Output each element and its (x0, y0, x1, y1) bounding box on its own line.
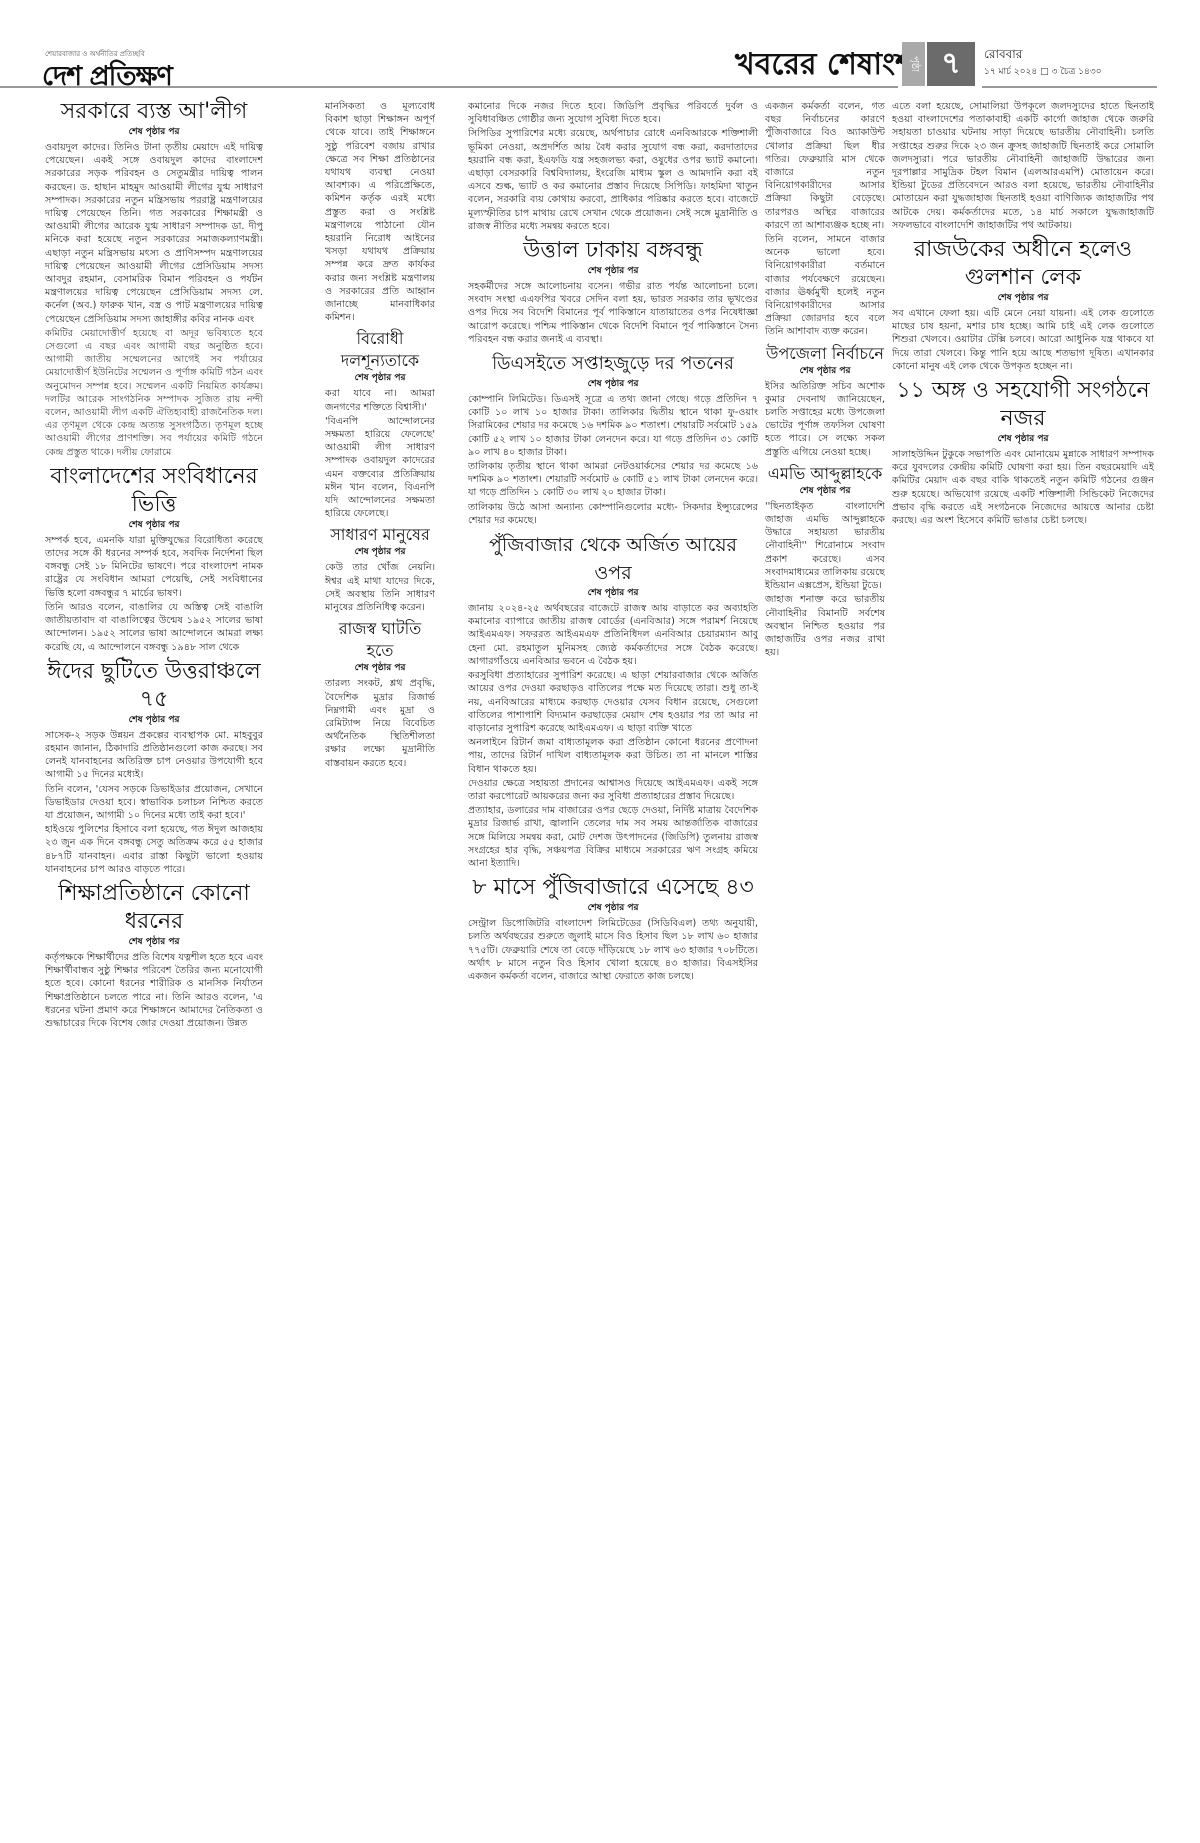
article-text: কমিটির মেয়াদোত্তীর্ণ হয়েছে বা অদূর ভবি… (45, 327, 263, 459)
headline[interactable]: এমভি আব্দুল্লাহকে (765, 463, 885, 485)
article-text: সিপিডির সুপারিশের মধ্যে রয়েছে, অর্থপাচা… (468, 127, 758, 233)
continued-label: শেষ পৃষ্ঠার পর (892, 292, 1154, 304)
article-text: করা যাবে না। আমরা জনগণের শক্তিতে বিশ্বাস… (325, 387, 435, 413)
headline[interactable]: শিক্ষাপ্রতিষ্ঠানে কোনো ধরনের (45, 880, 263, 936)
headline[interactable]: উত্তাল ঢাকায় বঙ্গবন্ধু (468, 237, 758, 265)
headline[interactable]: বাংলাদেশের সংবিধানের ভিত্তি (45, 463, 263, 519)
continued-label: শেষ পৃষ্ঠার পর (468, 265, 758, 277)
continued-label: শেষ পৃষ্ঠার পর (765, 485, 885, 497)
article-text: তিনি বলেন, 'যেসব সড়কে ডিভাইডার প্রয়োজন… (45, 783, 263, 823)
article-text: সব এখানে ফেলা হয়। এটি মেনে নেয়া যায়না… (892, 307, 1154, 373)
continued-label: শেষ পৃষ্ঠার পর (45, 936, 263, 948)
article-text: ওবায়দুল কাদের। তিনিও টানা তৃতীয় মেয়াদ… (45, 141, 263, 326)
article-text: সেন্ট্রাল ডিপোজিটরি বাংলাদেশ লিমিটেডের (… (468, 917, 758, 983)
article-text: জাহাজ শনাক্ত করে ভারতীয় নৌবাহিনীর বিমান… (765, 593, 885, 659)
article-text: ইসির অতিরিক্ত সচিব অশোক কুমার দেবনাথ জান… (765, 380, 885, 459)
article-text: সাসেক-২ সড়ক উন্নয়ন প্রকল্পের ব্যবস্থাপ… (45, 729, 263, 782)
article-text: কেউ তার খোঁজ নেয়নি। ঈশ্বর এই মাথা যাদের… (325, 561, 435, 614)
issue-date: ১৭ মার্চ ২০২৪ □ ৩ চৈত্র ১৪৩০ (984, 64, 1102, 79)
headline[interactable]: সাধারণ মানুষের (325, 524, 435, 546)
article-text: কর্তৃপক্ষকে শিক্ষার্থীদের প্রতি বিশেষ যত… (45, 951, 263, 1030)
article-text: মানসিকতা ও মূল্যবোধ বিকাশ ছাড়া শিক্ষাঙ্… (325, 100, 435, 324)
headline[interactable]: ১১ অঙ্গ ও সহযোগী সংগঠনে নজর (892, 377, 1154, 433)
article-text: তিনি বলেন, সামনে বাজার অনেক ভালো হবে। বি… (765, 233, 885, 339)
article: সরকারে ব্যস্ত আ'লীগ শেষ পৃষ্ঠার পর ওবায়… (45, 98, 263, 459)
issue-day: রোববার (984, 46, 1022, 66)
headline[interactable]: পুঁজিবাজার থেকে অর্জিত আয়ের ওপর (468, 531, 758, 587)
article-text: জানায় ২০২৪-২৫ অর্থবছরের বাজেটে রাজস্ব আ… (468, 602, 758, 668)
article: শিক্ষাপ্রতিষ্ঠানে কোনো ধরনের শেষ পৃষ্ঠার… (45, 880, 263, 1030)
header-rule (0, 86, 898, 88)
article-text: করসুবিধা প্রত্যাহারের সুপারিশ করেছে। এ ছ… (468, 669, 758, 735)
continued-label: শেষ পৃষ্ঠার পর (45, 714, 263, 726)
article-text: একজন কর্মকর্তা বলেন, গত বছর নির্বাচনের ক… (765, 100, 885, 232)
article-text: তালিকায় তৃতীয় স্থানে থাকা আমরা নেটওয়া… (468, 460, 758, 500)
article-text: সম্পর্ক হবে, এমনকি যারা মুক্তিযুদ্ধের বি… (45, 534, 263, 600)
column-2: মানসিকতা ও মূল্যবোধ বিকাশ ছাড়া শিক্ষাঙ্… (325, 100, 435, 1840)
column-5: এতে বলা হয়েছে, সোমালিয়া উপকূলে জলদস্যু… (892, 100, 1154, 1840)
continued-label: শেষ পৃষ্ঠার পর (325, 546, 435, 558)
article-text: কমানোর দিকে নজর দিতে হবে। জিডিপি প্রবৃদ্… (468, 100, 758, 126)
continued-label: শেষ পৃষ্ঠার পর (765, 365, 885, 377)
headline[interactable]: ৮ মাসে পুঁজিবাজারে এসেছে ৪৩ (468, 874, 758, 902)
masthead: শেয়ারবাজার ও অর্থনীতির প্রতিচ্ছবি দেশ প… (0, 0, 1200, 90)
article: বাংলাদেশের সংবিধানের ভিত্তি শেষ পৃষ্ঠার … (45, 463, 263, 654)
continued-label: শেষ পৃষ্ঠার পর (468, 587, 758, 599)
headline[interactable]: রাজস্ব ঘাটতি হতে (325, 618, 435, 662)
article-text: তিনি আরও বলেন, বাঙালির যে অস্তিত্ব সেই ব… (45, 601, 263, 654)
page-number: ৭ (927, 42, 975, 86)
headline[interactable]: সরকারে ব্যস্ত আ'লীগ (45, 98, 263, 126)
article-text: দেওয়ার ক্ষেত্রে সহায়তা প্রদানের আশ্বাস… (468, 777, 758, 803)
headline[interactable]: ঈদের ছুটিতে উত্তরাঞ্চলে ৭৫ (45, 658, 263, 714)
continued-label: শেষ পৃষ্ঠার পর (468, 902, 758, 914)
column-4: একজন কর্মকর্তা বলেন, গত বছর নির্বাচনের ক… (765, 100, 885, 1840)
article-text: প্রত্যাহার, ডলারের দাম বাজারের ওপর ছেড়ে… (468, 804, 758, 870)
headline[interactable]: ডিএসইতে সপ্তাহজুড়ে দর পতনের (468, 350, 758, 378)
article-text: ''ছিনতাইকৃত বাংলাদেশি জাহাজ এমভি আব্দুল্… (765, 500, 885, 592)
article-text: তালিকায় উঠে আসা অন্যান্য কোম্পানিগুলোর … (468, 501, 758, 527)
header-rule (982, 86, 1157, 88)
continued-label: শেষ পৃষ্ঠার পর (45, 519, 263, 531)
article-text: সালাহউদ্দিন টুকুকে সভাপতি এবং মোনায়েম ম… (892, 448, 1154, 527)
section-title: খবরের শেষাংশ (735, 40, 913, 91)
column-3: কমানোর দিকে নজর দিতে হবে। জিডিপি প্রবৃদ্… (468, 100, 758, 1840)
continued-label: শেষ পৃষ্ঠার পর (468, 378, 758, 390)
headline[interactable]: রাজউকের অধীনে হলেও গুলশান লেক (892, 236, 1154, 292)
article: ঈদের ছুটিতে উত্তরাঞ্চলে ৭৫ শেষ পৃষ্ঠার প… (45, 658, 263, 876)
article-text: কোম্পানি লিমিটেড। ডিএসই সূত্রে এ তথ্য জা… (468, 393, 758, 459)
article-text: হাইওয়ে পুলিশের হিসাবে বলা হয়েছে, গত ঈদ… (45, 823, 263, 876)
continued-label: শেষ পৃষ্ঠার পর (325, 662, 435, 674)
article-text: সহকর্মীদের সঙ্গে আলোচনায় বসেন। গভীর রাত… (468, 280, 758, 346)
headline[interactable]: উপজেলা নির্বাচনে (765, 343, 885, 365)
article-text: অনলাইনে রিটার্ন জমা বাধ্যতামূলক করা প্রত… (468, 736, 758, 776)
continued-label: শেষ পৃষ্ঠার পর (45, 126, 263, 138)
article-text: তারল্য সংকট, শ্লথ প্রবৃদ্ধি, বৈদেশিক মুদ… (325, 677, 435, 769)
headline[interactable]: বিরোধী দলশূন্যতাকে (325, 328, 435, 372)
continued-label: শেষ পৃষ্ঠার পর (325, 372, 435, 384)
continued-label: শেষ পৃষ্ঠার পর (892, 433, 1154, 445)
page-label: পৃষ্ঠা (902, 42, 925, 86)
article-text: 'বিএনপি আন্দোলনের সক্ষমতা হারিয়ে ফেলেছে… (325, 415, 435, 521)
column-1: সরকারে ব্যস্ত আ'লীগ শেষ পৃষ্ঠার পর ওবায়… (45, 94, 263, 1839)
article-text: এতে বলা হয়েছে, সোমালিয়া উপকূলে জলদস্যু… (892, 100, 1154, 232)
